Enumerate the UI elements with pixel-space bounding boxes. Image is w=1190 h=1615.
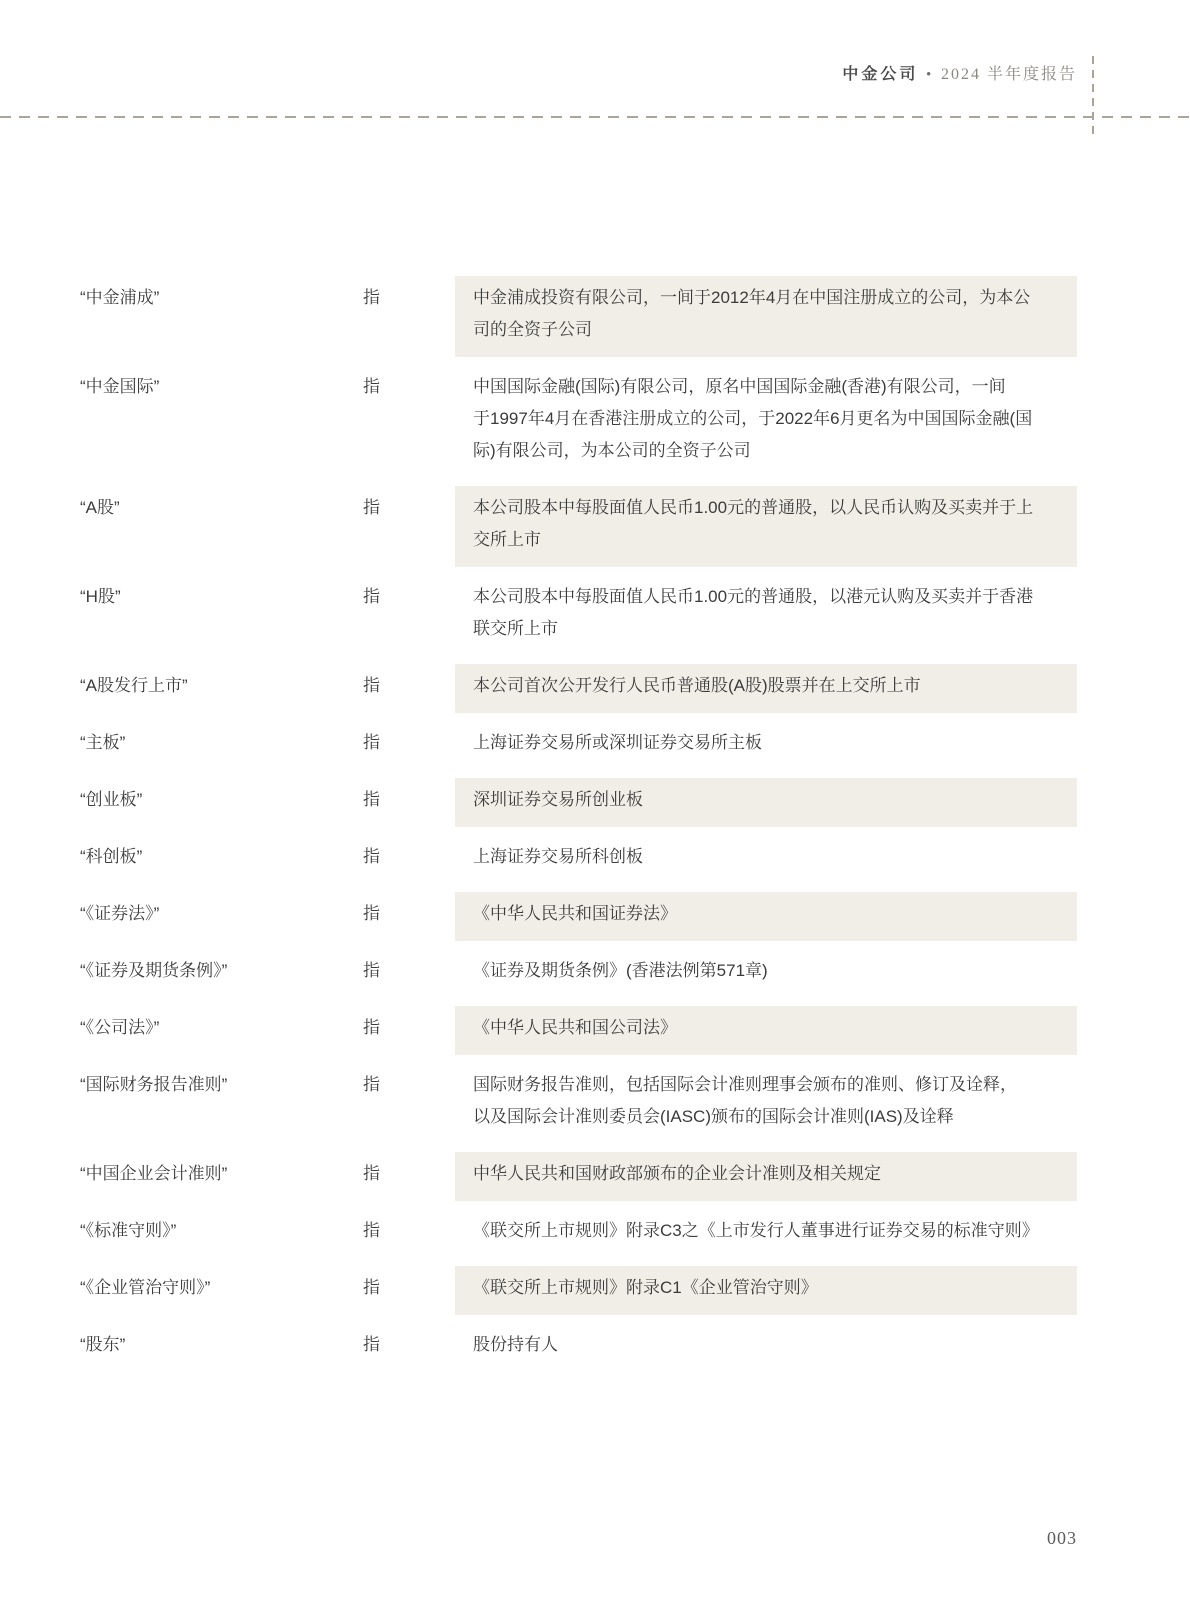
term-cell: “股东” <box>80 1323 363 1372</box>
definition-cell: 本公司首次公开发行人民币普通股(A股)股票并在上交所上市 <box>455 664 1077 713</box>
definition-cell: 中国国际金融(国际)有限公司，原名中国国际金融(香港)有限公司，一间 于1997… <box>455 365 1077 478</box>
term-cell: “《企业管治守则》” <box>80 1266 363 1315</box>
page-header: 中金公司•2024 半年度报告 <box>842 62 1077 87</box>
definition-cell: 《联交所上市规则》附录C1《企业管治守则》 <box>455 1266 1077 1315</box>
definition-cell: 国际财务报告准则，包括国际会计准则理事会颁布的准则、修订及诠释， 以及国际会计准… <box>455 1063 1077 1144</box>
term-cell: “中金国际” <box>80 365 363 478</box>
page-number: 003 <box>1047 1528 1077 1549</box>
definition-row: “主板”指上海证券交易所或深圳证券交易所主板 <box>80 721 1077 770</box>
term-cell: “A股” <box>80 486 363 567</box>
connector-cell: 指 <box>363 575 455 656</box>
definition-row: “中金浦成”指中金浦成投资有限公司，一间于2012年4月在中国注册成立的公司，为… <box>80 276 1077 357</box>
definition-cell: 《中华人民共和国证券法》 <box>455 892 1077 941</box>
term-cell: “《公司法》” <box>80 1006 363 1055</box>
connector-cell: 指 <box>363 1323 455 1372</box>
term-cell: “H股” <box>80 575 363 656</box>
definition-cell: 上海证券交易所或深圳证券交易所主板 <box>455 721 1077 770</box>
company-name: 中金公司 <box>842 66 918 83</box>
definition-row: “《证券及期货条例》”指《证券及期货条例》(香港法例第571章) <box>80 949 1077 998</box>
term-cell: “主板” <box>80 721 363 770</box>
connector-cell: 指 <box>363 778 455 827</box>
term-cell: “《标准守则》” <box>80 1209 363 1258</box>
definition-row: “中国企业会计准则”指中华人民共和国财政部颁布的企业会计准则及相关规定 <box>80 1152 1077 1201</box>
definition-row: “A股发行上市”指本公司首次公开发行人民币普通股(A股)股票并在上交所上市 <box>80 664 1077 713</box>
definition-cell: 中华人民共和国财政部颁布的企业会计准则及相关规定 <box>455 1152 1077 1201</box>
term-cell: “《证券及期货条例》” <box>80 949 363 998</box>
definition-row: “股东”指股份持有人 <box>80 1323 1077 1372</box>
connector-cell: 指 <box>363 1006 455 1055</box>
report-page: 中金公司•2024 半年度报告 “中金浦成”指中金浦成投资有限公司，一间于201… <box>0 0 1190 1615</box>
definition-cell: 深圳证券交易所创业板 <box>455 778 1077 827</box>
term-cell: “A股发行上市” <box>80 664 363 713</box>
definition-row: “《公司法》”指《中华人民共和国公司法》 <box>80 1006 1077 1055</box>
connector-cell: 指 <box>363 1063 455 1144</box>
term-cell: “科创板” <box>80 835 363 884</box>
connector-cell: 指 <box>363 276 455 357</box>
definition-cell: 上海证券交易所科创板 <box>455 835 1077 884</box>
horizontal-dashed-line <box>0 116 1190 118</box>
term-cell: “《证券法》” <box>80 892 363 941</box>
definition-row: “创业板”指深圳证券交易所创业板 <box>80 778 1077 827</box>
definition-row: “《标准守则》”指《联交所上市规则》附录C3之《上市发行人董事进行证券交易的标准… <box>80 1209 1077 1258</box>
definition-cell: 《证券及期货条例》(香港法例第571章) <box>455 949 1077 998</box>
definition-cell: 本公司股本中每股面值人民币1.00元的普通股，以人民币认购及买卖并于上 交所上市 <box>455 486 1077 567</box>
definition-cell: 《中华人民共和国公司法》 <box>455 1006 1077 1055</box>
connector-cell: 指 <box>363 1209 455 1258</box>
definition-row: “国际财务报告准则”指国际财务报告准则，包括国际会计准则理事会颁布的准则、修订及… <box>80 1063 1077 1144</box>
vertical-dashed-line <box>1092 56 1094 138</box>
definition-row: “H股”指本公司股本中每股面值人民币1.00元的普通股，以港元认购及买卖并于香港… <box>80 575 1077 656</box>
definition-cell: 本公司股本中每股面值人民币1.00元的普通股，以港元认购及买卖并于香港 联交所上… <box>455 575 1077 656</box>
connector-cell: 指 <box>363 835 455 884</box>
definition-row: “《企业管治守则》”指《联交所上市规则》附录C1《企业管治守则》 <box>80 1266 1077 1315</box>
definition-row: “A股”指本公司股本中每股面值人民币1.00元的普通股，以人民币认购及买卖并于上… <box>80 486 1077 567</box>
bullet-separator-icon: • <box>926 66 931 81</box>
connector-cell: 指 <box>363 721 455 770</box>
term-cell: “中金浦成” <box>80 276 363 357</box>
connector-cell: 指 <box>363 365 455 478</box>
term-cell: “国际财务报告准则” <box>80 1063 363 1144</box>
definitions-table: “中金浦成”指中金浦成投资有限公司，一间于2012年4月在中国注册成立的公司，为… <box>80 276 1077 1380</box>
term-cell: “中国企业会计准则” <box>80 1152 363 1201</box>
term-cell: “创业板” <box>80 778 363 827</box>
connector-cell: 指 <box>363 892 455 941</box>
definition-row: “科创板”指上海证券交易所科创板 <box>80 835 1077 884</box>
definition-row: “中金国际”指中国国际金融(国际)有限公司，原名中国国际金融(香港)有限公司，一… <box>80 365 1077 478</box>
definition-row: “《证券法》”指《中华人民共和国证券法》 <box>80 892 1077 941</box>
connector-cell: 指 <box>363 486 455 567</box>
definition-cell: 《联交所上市规则》附录C3之《上市发行人董事进行证券交易的标准守则》 <box>455 1209 1077 1258</box>
definition-cell: 中金浦成投资有限公司，一间于2012年4月在中国注册成立的公司，为本公 司的全资… <box>455 276 1077 357</box>
connector-cell: 指 <box>363 1152 455 1201</box>
definition-cell: 股份持有人 <box>455 1323 1077 1372</box>
connector-cell: 指 <box>363 1266 455 1315</box>
connector-cell: 指 <box>363 949 455 998</box>
connector-cell: 指 <box>363 664 455 713</box>
report-title: 2024 半年度报告 <box>941 66 1077 83</box>
